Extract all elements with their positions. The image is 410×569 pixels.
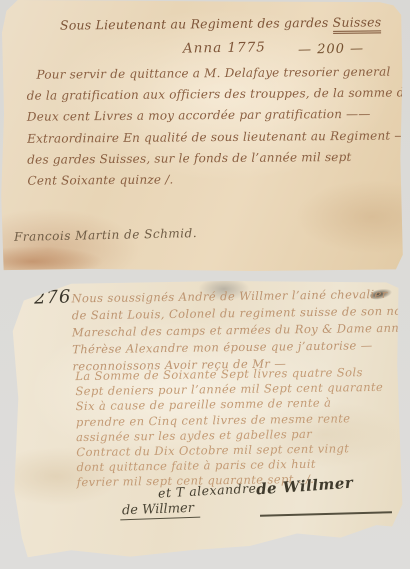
signature-rule-line bbox=[260, 511, 392, 516]
doc-top-signature: Francois Martin de Schmid. bbox=[14, 226, 197, 244]
doc-top-title-text: Sous Lieutenant au Regiment des gardes bbox=[60, 15, 333, 33]
doc-bottom-paragraph-1: Nous soussignés André de Willmer l’ainé … bbox=[71, 287, 410, 377]
doc-top-body: Pour servir de quittance a M. Delafaye t… bbox=[26, 64, 410, 195]
doc-top-title-underlined-word: Suisses bbox=[333, 14, 382, 34]
photo-of-manuscripts: Sous Lieutenant au Regiment des gardes S… bbox=[0, 0, 410, 569]
doc-top-year: Anna 1775 bbox=[183, 39, 266, 56]
doc-bottom-margin-number: 276 bbox=[34, 286, 72, 308]
doc-top-title: Sous Lieutenant au Regiment des gardes S… bbox=[60, 14, 381, 32]
document-top: Sous Lieutenant au Regiment des gardes S… bbox=[0, 0, 404, 271]
doc-bottom-signature-left-line2: de Willmer bbox=[120, 501, 201, 521]
document-bottom: 276 Nous soussignés André de Willmer l’a… bbox=[8, 281, 404, 560]
doc-bottom-paragraph-2: La Somme de Soixante Sept livres quatre … bbox=[75, 365, 384, 491]
doc-top-amount: — 200 — bbox=[298, 41, 364, 57]
manuscript-line: Cent Soixante quinze /. bbox=[27, 170, 410, 195]
stain-bottom-left bbox=[0, 246, 104, 272]
